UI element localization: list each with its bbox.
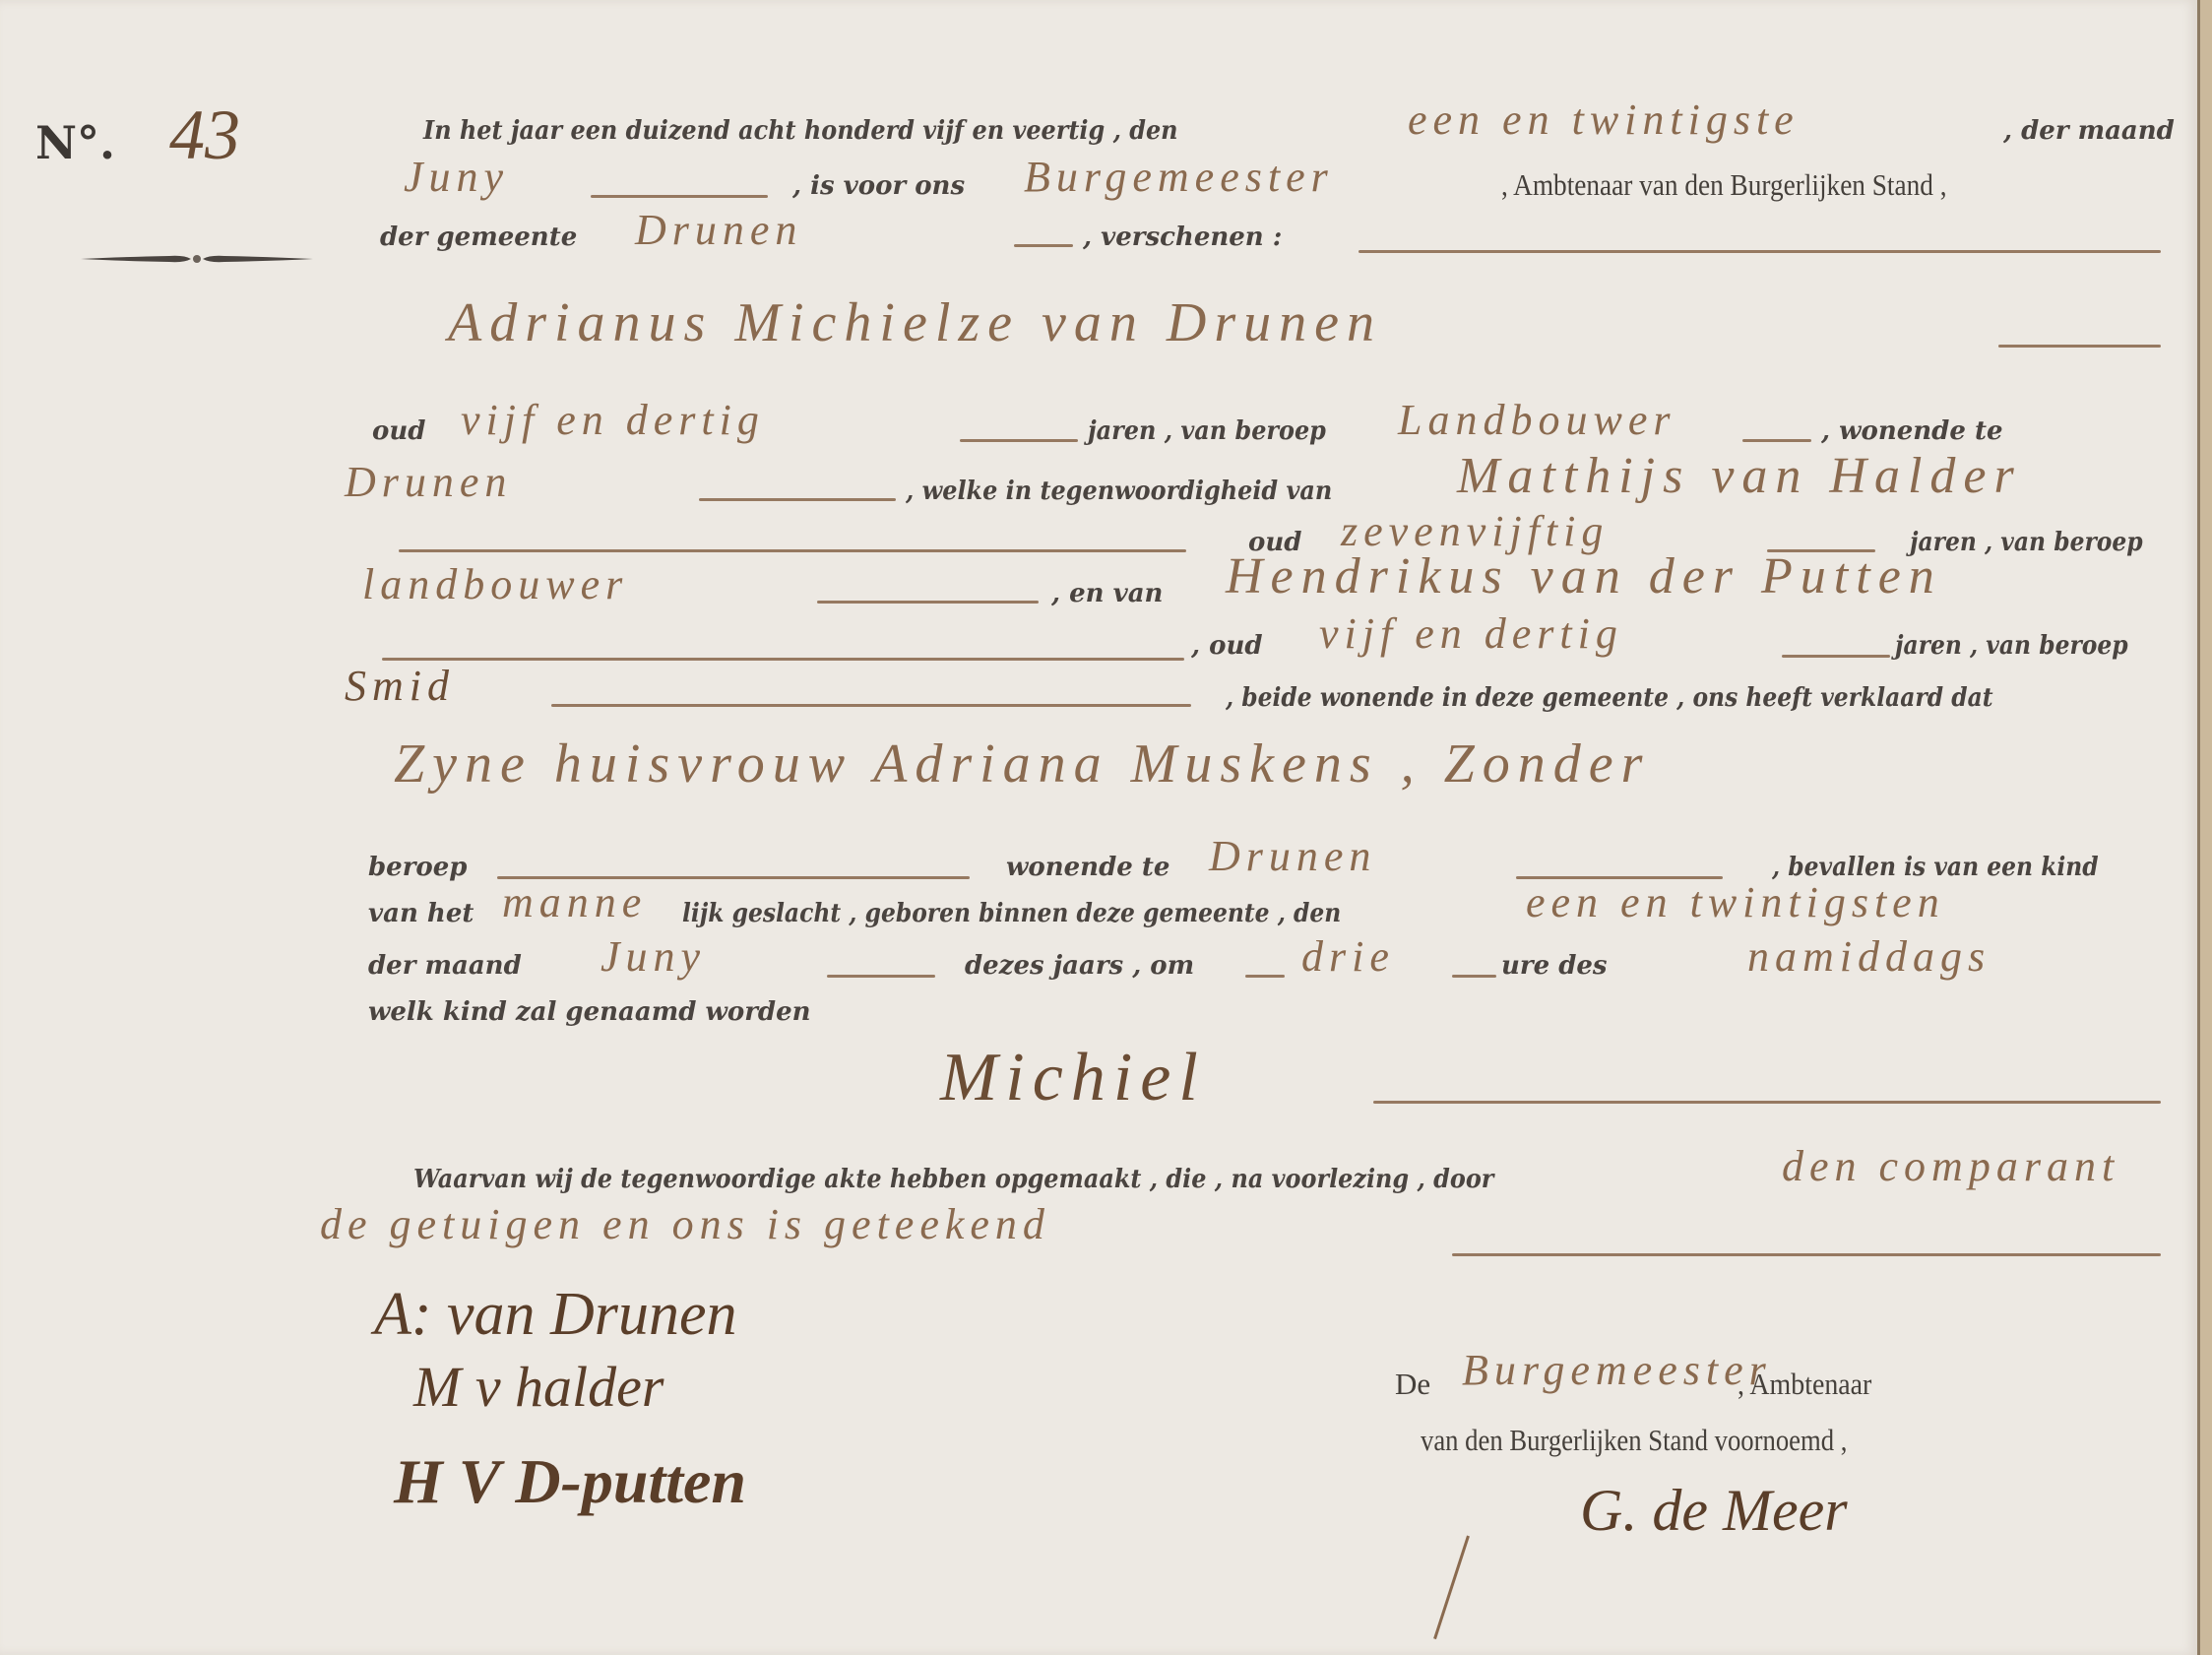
- printed-text: , en van: [1051, 581, 1163, 606]
- printed-text: oud: [372, 418, 425, 444]
- fill-rule: [1742, 439, 1811, 442]
- handwritten-witness2-occupation: Smid: [345, 665, 455, 708]
- handwritten-municipality: Drunen: [635, 209, 802, 252]
- signature-witness2: H V D-putten: [394, 1445, 746, 1518]
- fill-rule: [1245, 975, 1285, 978]
- handwritten-witness2-age: vijf en dertig: [1319, 612, 1623, 656]
- printed-text: ure des: [1501, 953, 1608, 979]
- handwritten-father-occupation: Landbouwer: [1398, 399, 1675, 442]
- handwritten-signed-text: de getuigen en ons is geteekend: [320, 1203, 1050, 1246]
- printed-text: der maand: [368, 953, 522, 979]
- printed-text: der gemeente: [380, 224, 577, 250]
- fill-rule: [382, 658, 1184, 661]
- printed-text: De: [1395, 1369, 1430, 1399]
- signature-official: G. de Meer: [1580, 1477, 1848, 1545]
- printed-text: jaren , van beroep: [1910, 530, 2143, 555]
- handwritten-witness2-name: Hendrikus van der Putten: [1226, 551, 1942, 603]
- printed-text: , welke in tegenwoordigheid van: [906, 478, 1332, 504]
- fill-rule: [699, 498, 896, 501]
- fill-rule: [1782, 655, 1890, 658]
- certificate-page: N°. 43 In het jaar een duizend acht hond…: [0, 0, 2200, 1655]
- fill-rule: [817, 601, 1039, 604]
- handwritten-official-title: Burgemeester: [1462, 1349, 1772, 1392]
- printed-text: wonende te: [1006, 855, 1169, 880]
- printed-text: , bevallen is van een kind: [1772, 855, 2099, 880]
- printed-text: In het jaar een duizend acht honderd vij…: [423, 118, 1178, 144]
- printed-text: van den Burgerlijken Stand voornoemd ,: [1421, 1425, 1847, 1455]
- printed-text: , beide wonende in deze gemeente , ons h…: [1226, 685, 1993, 711]
- signature-witness1: M v halder: [413, 1354, 664, 1420]
- handwritten-birth-day: een en twintigsten: [1526, 881, 1945, 924]
- handwritten-father-residence: Drunen: [345, 461, 512, 504]
- fill-rule: [399, 549, 1186, 552]
- fill-rule: [1452, 1253, 2161, 1256]
- printed-text: , Ambtenaar van den Burgerlijken Stand ,: [1501, 169, 1947, 200]
- fill-rule: [591, 195, 768, 198]
- fill-rule: [1452, 975, 1496, 978]
- handwritten-birth-hour: drie: [1301, 935, 1395, 979]
- number-label: N°.: [35, 116, 115, 169]
- printed-text: lijk geslacht , geboren binnen deze geme…: [682, 901, 1341, 926]
- fill-rule: [1014, 244, 1073, 247]
- handwritten-month: Juny: [404, 156, 509, 199]
- fill-rule: [1998, 345, 2161, 348]
- fill-rule: [1373, 1101, 2161, 1104]
- handwritten-child-name: Michiel: [940, 1044, 1206, 1113]
- printed-text: , der maand: [2003, 118, 2175, 144]
- handwritten-father-age: vijf en dertig: [461, 399, 765, 442]
- handwritten-father-name: Adrianus Michielze van Drunen: [448, 295, 1382, 350]
- fill-rule: [551, 704, 1191, 707]
- handwritten-day: een en twintigste: [1408, 98, 1800, 142]
- handwritten-birth-daypart: namiddags: [1747, 935, 1991, 979]
- act-number: 43: [169, 95, 240, 176]
- printed-text: jaren , van beroep: [1895, 633, 2128, 659]
- printed-text: jaren , van beroep: [1088, 418, 1326, 444]
- handwritten-mother-residence: Drunen: [1209, 835, 1376, 878]
- fill-rule: [827, 975, 935, 978]
- ornament-divider-icon: [81, 254, 313, 264]
- handwritten-mother-line: Zyne huisvrouw Adriana Muskens , Zonder: [394, 736, 1650, 792]
- printed-text: , verschenen :: [1083, 224, 1282, 250]
- printed-text: , wonende te: [1821, 418, 2003, 444]
- handwritten-signers: den comparant: [1782, 1145, 2119, 1188]
- handwritten-birth-month: Juny: [600, 935, 706, 979]
- printed-text: , is voor ons: [792, 173, 965, 199]
- handwritten-witness1-name: Matthijs van Halder: [1457, 451, 2022, 502]
- handwritten-witness1-age: zevenvijftig: [1341, 510, 1609, 553]
- handwritten-witness1-occupation: landbouwer: [362, 563, 628, 606]
- printed-text: van het: [368, 901, 474, 926]
- signature-father: A: van Drunen: [374, 1280, 736, 1350]
- fill-rule: [1359, 250, 2161, 253]
- signature-flourish: [1433, 1536, 1470, 1640]
- printed-text: welk kind zal genaamd worden: [368, 999, 811, 1025]
- printed-text: , Ambtenaar: [1738, 1369, 1871, 1399]
- printed-text: Waarvan wij de tegenwoordige akte hebben…: [413, 1167, 1493, 1192]
- printed-text: , oud: [1191, 633, 1263, 659]
- handwritten-official-title: Burgemeester: [1024, 156, 1334, 199]
- handwritten-child-sex: manne: [502, 881, 647, 924]
- printed-text: dezes jaars , om: [965, 953, 1194, 979]
- printed-text: beroep: [368, 855, 467, 880]
- fill-rule: [960, 439, 1078, 442]
